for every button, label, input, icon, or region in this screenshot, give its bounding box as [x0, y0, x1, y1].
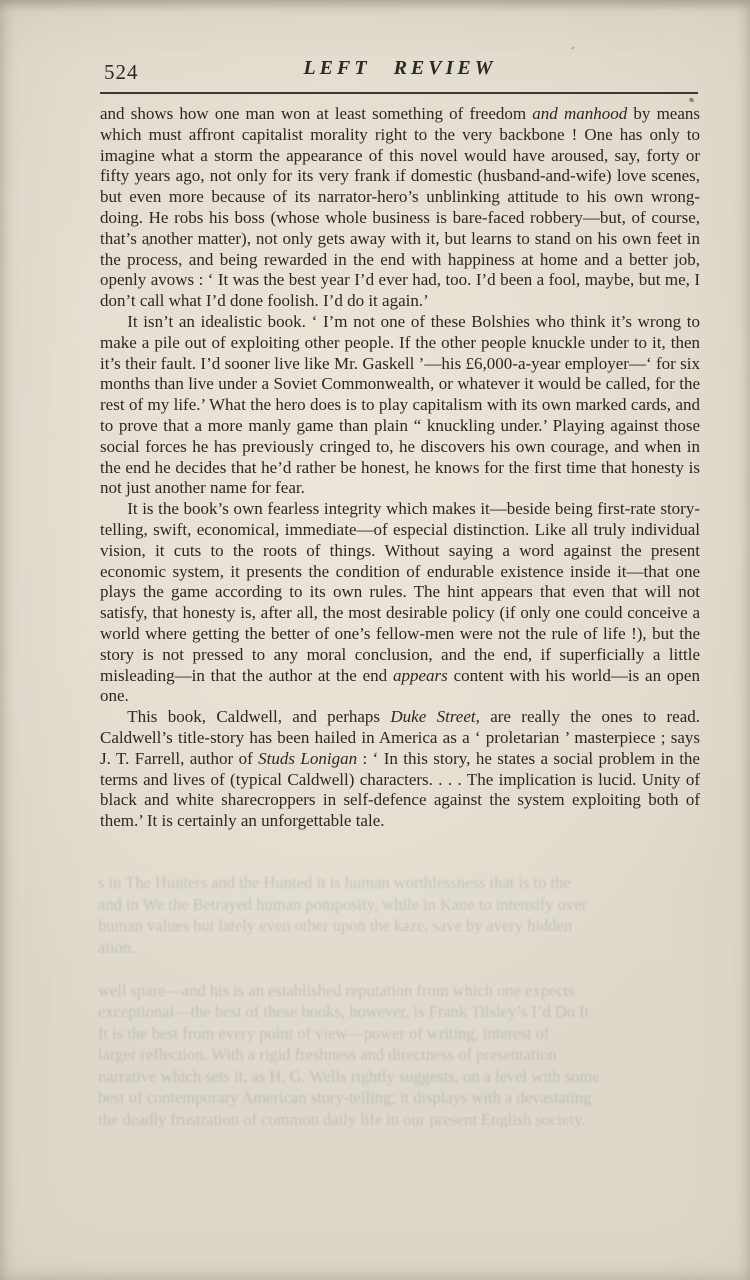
- showthrough-line: human values but lately even other upon …: [98, 915, 702, 937]
- body-text: This book, Caldwell, and perhaps: [127, 707, 390, 726]
- body-text: and shows how one man won at least somet…: [100, 104, 532, 123]
- text-block: and shows how one man won at least somet…: [100, 104, 700, 832]
- scanned-page: 524 LEFT REVIEW and shows how one man wo…: [0, 0, 750, 1280]
- showthrough-line: best of contemporary American story-tell…: [98, 1087, 702, 1109]
- paragraph: This book, Caldwell, and perhaps Duke St…: [100, 707, 700, 832]
- showthrough-line: It is the best from every point of view—…: [98, 1023, 702, 1045]
- header-rule: [100, 92, 698, 94]
- showthrough-line: narrative which sets it, as H. G. Wells …: [98, 1066, 702, 1088]
- showthrough-line: larger reflection. With a rigid freshnes…: [98, 1044, 702, 1066]
- italic-text: and manhood: [532, 104, 627, 123]
- showthrough-line: s in The Hunters and the Hunted it is hu…: [98, 872, 702, 894]
- showthrough-line: well spare—and his is an established rep…: [98, 980, 702, 1002]
- paper-speck: [423, 131, 426, 134]
- body-text: It isn’t an idealistic book. ‘ I’m not o…: [100, 312, 700, 497]
- paper-speck: [147, 243, 150, 246]
- page-header: 524 LEFT REVIEW: [100, 52, 700, 96]
- paragraph: It is the book’s own fearless integrity …: [100, 499, 700, 707]
- showthrough-line: ation.: [98, 937, 702, 959]
- showthrough-line: and in We the Betrayed human pomposity, …: [98, 894, 702, 916]
- paragraph: and shows how one man won at least somet…: [100, 104, 700, 312]
- paper-speck: [688, 97, 694, 103]
- italic-text: Studs Lonigan: [258, 749, 357, 768]
- paper-speck: [571, 46, 575, 50]
- body-text: by means which must affront capitalist m…: [100, 104, 700, 310]
- italic-text: Duke Street: [390, 707, 475, 726]
- showthrough-block: s in The Hunters and the Hunted it is hu…: [98, 872, 702, 1130]
- showthrough-line: [98, 958, 702, 980]
- showthrough-line: exceptional—the best of these books, how…: [98, 1001, 702, 1023]
- journal-title: LEFT REVIEW: [100, 57, 700, 80]
- showthrough-line: the deadly frustration of common daily l…: [98, 1109, 702, 1131]
- body-text: It is the book’s own fearless integrity …: [100, 499, 700, 684]
- paragraph: It isn’t an idealistic book. ‘ I’m not o…: [100, 312, 700, 499]
- italic-text: appears: [393, 666, 448, 685]
